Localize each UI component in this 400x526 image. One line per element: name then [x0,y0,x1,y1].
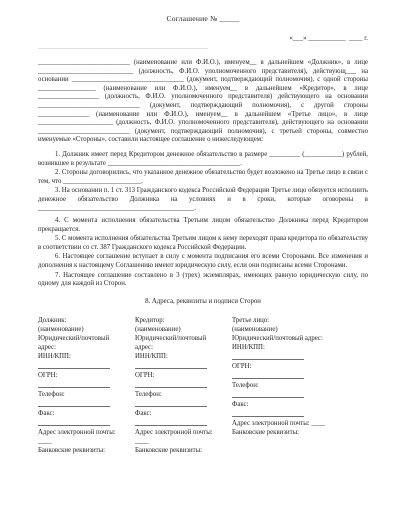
party-email-label: Адрес электронной почты: ____ [232,419,332,428]
party-phone-label: Телефон: [232,381,332,390]
clauses-list: 1. Должник имеет перед Кредитором денежн… [38,151,368,289]
party-fax-label: Факс: [232,400,332,409]
fill-line [38,361,110,369]
party-address-label: Юридический/почтовый адрес: [135,334,220,352]
fill-line [135,399,207,407]
party-title: Должник: [38,316,123,325]
fill-line [135,361,207,369]
fill-line [232,390,304,398]
document-page: Соглашение № _____ «___» ___________ ___… [0,0,400,526]
party-address-label: Юридический/почтовый адрес: [38,334,123,352]
party-fax-label: Факс: [38,409,123,418]
party-title: Третье лицо: [232,316,332,325]
party-ogrn-label: ОГРН: [232,362,332,371]
party-ogrn-label: ОГРН: [135,371,220,380]
party-bank-label: Банковские реквизиты: [135,446,220,455]
party-name-caption: (наименование) [232,325,332,334]
party-name-caption: (наименование) [38,325,123,334]
fill-line [232,409,304,417]
party-email-label: Адрес электронной почты: ____ [135,428,220,446]
fill-line [232,371,304,379]
party-inn-label: ИНН/КПП: [232,343,332,352]
date-blank: «___» ___________ ____ г. [38,35,368,42]
party-column-debtor: Должник: (наименование) Юридический/почт… [38,316,133,455]
party-email-label: Адрес электронной почты: ____ [38,428,123,446]
preamble-paragraph: ___________________________ (наименовани… [38,59,368,145]
party-column-creditor: Кредитор: (наименование) Юридический/поч… [135,316,230,455]
party-column-third-party: Третье лицо: (наименование) Юридический/… [232,316,342,455]
party-inn-label: ИНН/КПП: [135,352,220,361]
fill-line [38,418,110,426]
party-ogrn-label: ОГРН: [38,371,123,380]
clause-3: 3. На основании п. 1 ст. 313 Гражданског… [38,187,368,213]
document-title: Соглашение № _____ [38,14,368,23]
clause-1: 1. Должник имеет перед Кредитором денежн… [38,151,368,168]
place-blank-line [38,42,208,49]
clause-7: 7. Настоящее соглашение составлено в 3 (… [38,272,368,289]
requisites-section-heading: 8. Адреса, реквизиты и подписи Сторон [38,298,368,305]
fill-line [232,352,304,360]
clause-5: 5. С момента исполнения обязательства Тр… [38,235,368,252]
party-address-label: Юридический/почтовый адрес: [232,334,332,343]
parties-requisites-table: Должник: (наименование) Юридический/почт… [38,316,368,455]
party-name-caption: (наименование) [135,325,220,334]
clause-2: 2. Стороны договорились, что указанное д… [38,169,368,186]
fill-line [135,380,207,388]
fill-line [38,399,110,407]
fill-line [135,418,207,426]
fill-line [38,380,110,388]
clause-6: 6. Настоящее соглашение вступает в силу … [38,253,368,270]
party-inn-label: ИНН/КПП: [38,352,123,361]
party-phone-label: Телефон: [135,390,220,399]
party-phone-label: Телефон: [38,390,123,399]
party-bank-label: Банковские реквизиты: [232,428,332,437]
party-bank-label: Банковские реквизиты: [38,446,123,455]
clause-4: 4. С момента исполнения обязательства Тр… [38,217,368,234]
party-fax-label: Факс: [135,409,220,418]
party-title: Кредитор: [135,316,220,325]
